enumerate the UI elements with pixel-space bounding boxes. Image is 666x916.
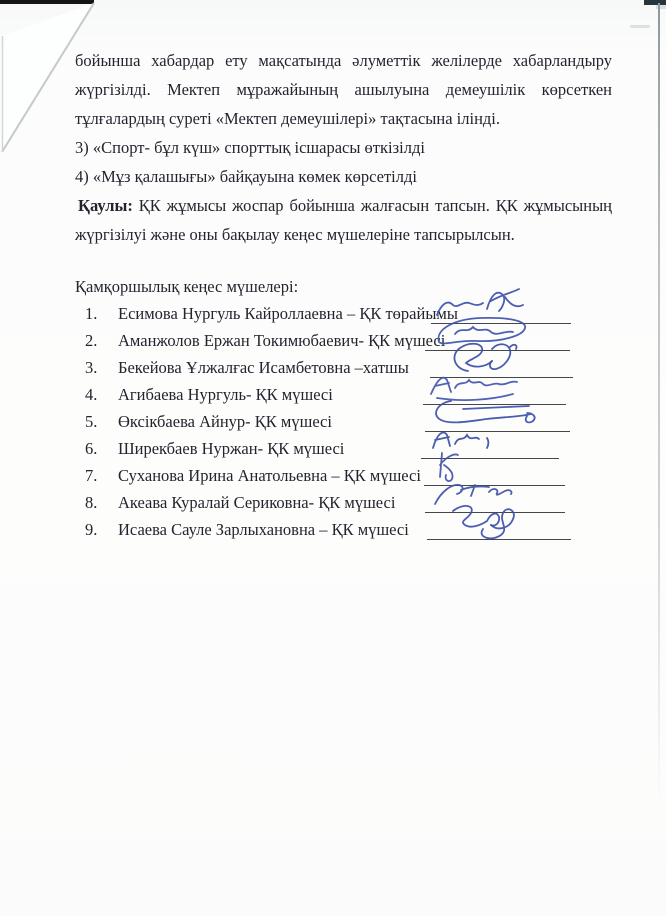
scan-top-right-mark-light [656,5,666,9]
member-number: 1. [75,300,118,327]
scanned-document-page: бойынша хабардар ету мақсатында әлуметті… [0,0,666,916]
member-name-and-role: Исаева Сауле Зарлыхановна – ҚК мүшесі [118,516,409,543]
member-number: 3. [75,354,118,381]
resolution-line1-text: ҚК жұмысы жоспар бойынша жалғасын тапсын… [139,196,612,215]
member-number: 5. [75,408,118,435]
event-item-4: 4) «Мұз қалашығы» байқауына көмек көрсет… [75,162,612,191]
resolution-line1: Қаулы: ҚК жұмысы жоспар бойынша жалғасын… [75,191,612,220]
members-list: 1. Есимова Нургуль Кайроллаевна – ҚК төр… [75,300,612,543]
signature-block [427,516,571,543]
scan-top-right-mark [644,0,666,5]
member-name-and-role: Бекейова Ұлжалғас Исамбетовна –хатшы [118,354,409,381]
scan-right-edge-line [658,3,660,803]
document-body: бойынша хабардар ету мақсатында әлуметті… [75,46,612,543]
member-row: 9. Исаева Сауле Зарлыхановна – ҚК мүшесі [75,516,612,543]
resolution-line2: жүргізілуі және оны бақылау кеңес мүшеле… [75,220,612,249]
member-name-and-role: Есимова Нургуль Кайроллаевна – ҚК төрайы… [118,300,458,327]
member-name-and-role: Агибаева Нургуль- ҚК мүшесі [118,381,333,408]
member-number: 2. [75,327,118,354]
member-name-and-role: Аманжолов Ержан Токимюбаевич- ҚК мүшесі [118,327,445,354]
paragraph1-line2: жүргізілді. Мектеп мұражайының ашылуына … [75,75,612,104]
scan-gray-dash [630,25,650,28]
handwritten-signature [427,501,567,541]
resolution-label: Қаулы: [78,196,133,215]
member-number: 9. [75,516,118,543]
paragraph1-line3: тұлғалардың суреті «Мектеп демеушілері» … [75,104,612,133]
member-number: 6. [75,435,118,462]
member-name-and-role: Өксікбаева Айнур- ҚК мүшесі [118,408,332,435]
event-item-3: 3) «Спорт- бұл күш» спорттық ісшарасы өт… [75,133,612,162]
member-number: 8. [75,489,118,516]
member-number: 4. [75,381,118,408]
member-name-and-role: Суханова Ирина Анатольевна – ҚК мүшесі [118,462,421,489]
scan-top-edge-strip [0,0,94,4]
paragraph1-line1: бойынша хабардар ету мақсатында әлуметті… [75,46,612,75]
member-name-and-role: Ширекбаев Нуржан- ҚК мүшесі [118,435,344,462]
member-name-and-role: Акеава Куралай Сериковна- ҚК мүшесі [118,489,395,516]
member-number: 7. [75,462,118,489]
